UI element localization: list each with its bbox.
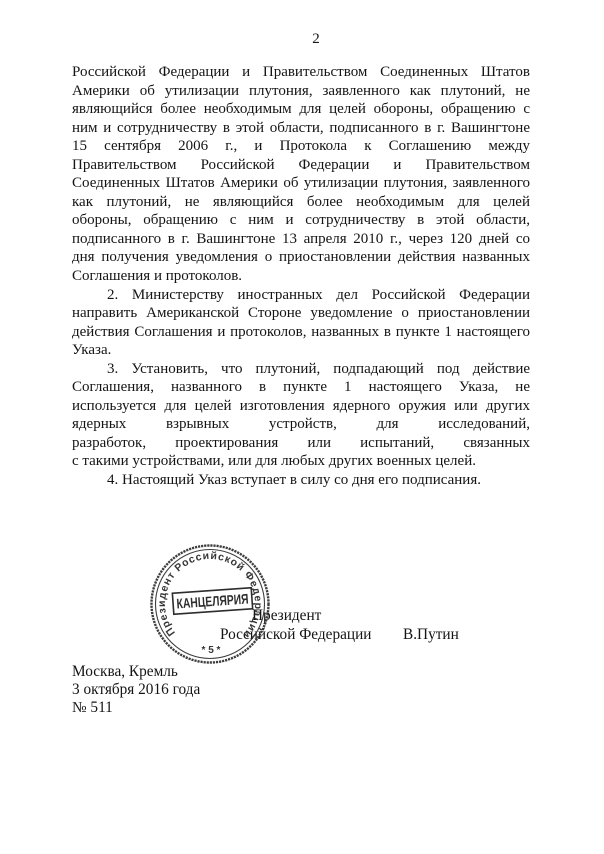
footer-number: № 511 <box>72 699 200 717</box>
signature-name: В.Путин <box>403 626 459 644</box>
chancellery-stamp: Президент Российской Федерации КАНЦЕЛЯРИ… <box>146 540 274 668</box>
paragraph-line: 2. Министерству иностранных дел Российск… <box>72 286 530 305</box>
paragraph-line: 3. Установить, что плутоний, подпадающий… <box>72 360 530 379</box>
paragraph-line: являющийся более необходимым для целей о… <box>72 100 530 119</box>
paragraph-line: с такими устройствами, или для любых дру… <box>72 452 530 471</box>
stamp-center-box: КАНЦЕЛЯРИЯ <box>172 588 252 614</box>
paragraph-line: как плутоний, не являющийся более необхо… <box>72 193 530 212</box>
paragraph-line: подписанного в г. Вашингтоне 13 апреля 2… <box>72 230 530 249</box>
paragraph-line: ним и сотрудничеству в этой области, под… <box>72 119 530 138</box>
paragraph-line: Соединенных Штатов Америки об утилизации… <box>72 174 530 193</box>
stamp-bottom-number: * 5 * <box>202 645 221 656</box>
paragraph-line: Соглашения и протоколов. <box>72 267 530 286</box>
paragraph-line: 4. Настоящий Указ вступает в силу со дня… <box>72 471 530 490</box>
paragraph-line: направить Американской Стороне уведомлен… <box>72 304 530 323</box>
paragraph-line: Правительством Российской Федерации и Пр… <box>72 156 530 175</box>
paragraph-line: разработок, проектирования или испытаний… <box>72 434 530 453</box>
document-body: Российской Федерации и Правительством Со… <box>72 63 530 490</box>
paragraph-line: действия Соглашения и протоколов, назван… <box>72 323 530 342</box>
paragraph-line: Указа. <box>72 341 530 360</box>
paragraph-line: Америки об утилизации плутония, заявленн… <box>72 82 530 101</box>
paragraph-line: используется для целей изготовления ядер… <box>72 397 530 416</box>
paragraph-line: Соглашения, названного в пункте 1 настоя… <box>72 378 530 397</box>
paragraph-line: дня получения уведомления о приостановле… <box>72 248 530 267</box>
paragraph-line: ядерных взрывных устройств, для исследов… <box>72 415 530 434</box>
paragraph-line: 15 сентября 2006 г., и Протокола к Согла… <box>72 137 530 156</box>
footer-date: 3 октября 2016 года <box>72 681 200 699</box>
document-footer: Москва, Кремль 3 октября 2016 года № 511 <box>72 663 200 716</box>
page-number: 2 <box>14 31 604 48</box>
document-page: 2 Российской Федерации и Правительством … <box>0 0 604 854</box>
chancellery-stamp-seal-icon: Президент Российской Федерации КАНЦЕЛЯРИ… <box>146 540 274 668</box>
paragraph-line: Российской Федерации и Правительством Со… <box>72 63 530 82</box>
paragraph-line: обороны, обращению с ним и сотрудничеств… <box>72 211 530 230</box>
